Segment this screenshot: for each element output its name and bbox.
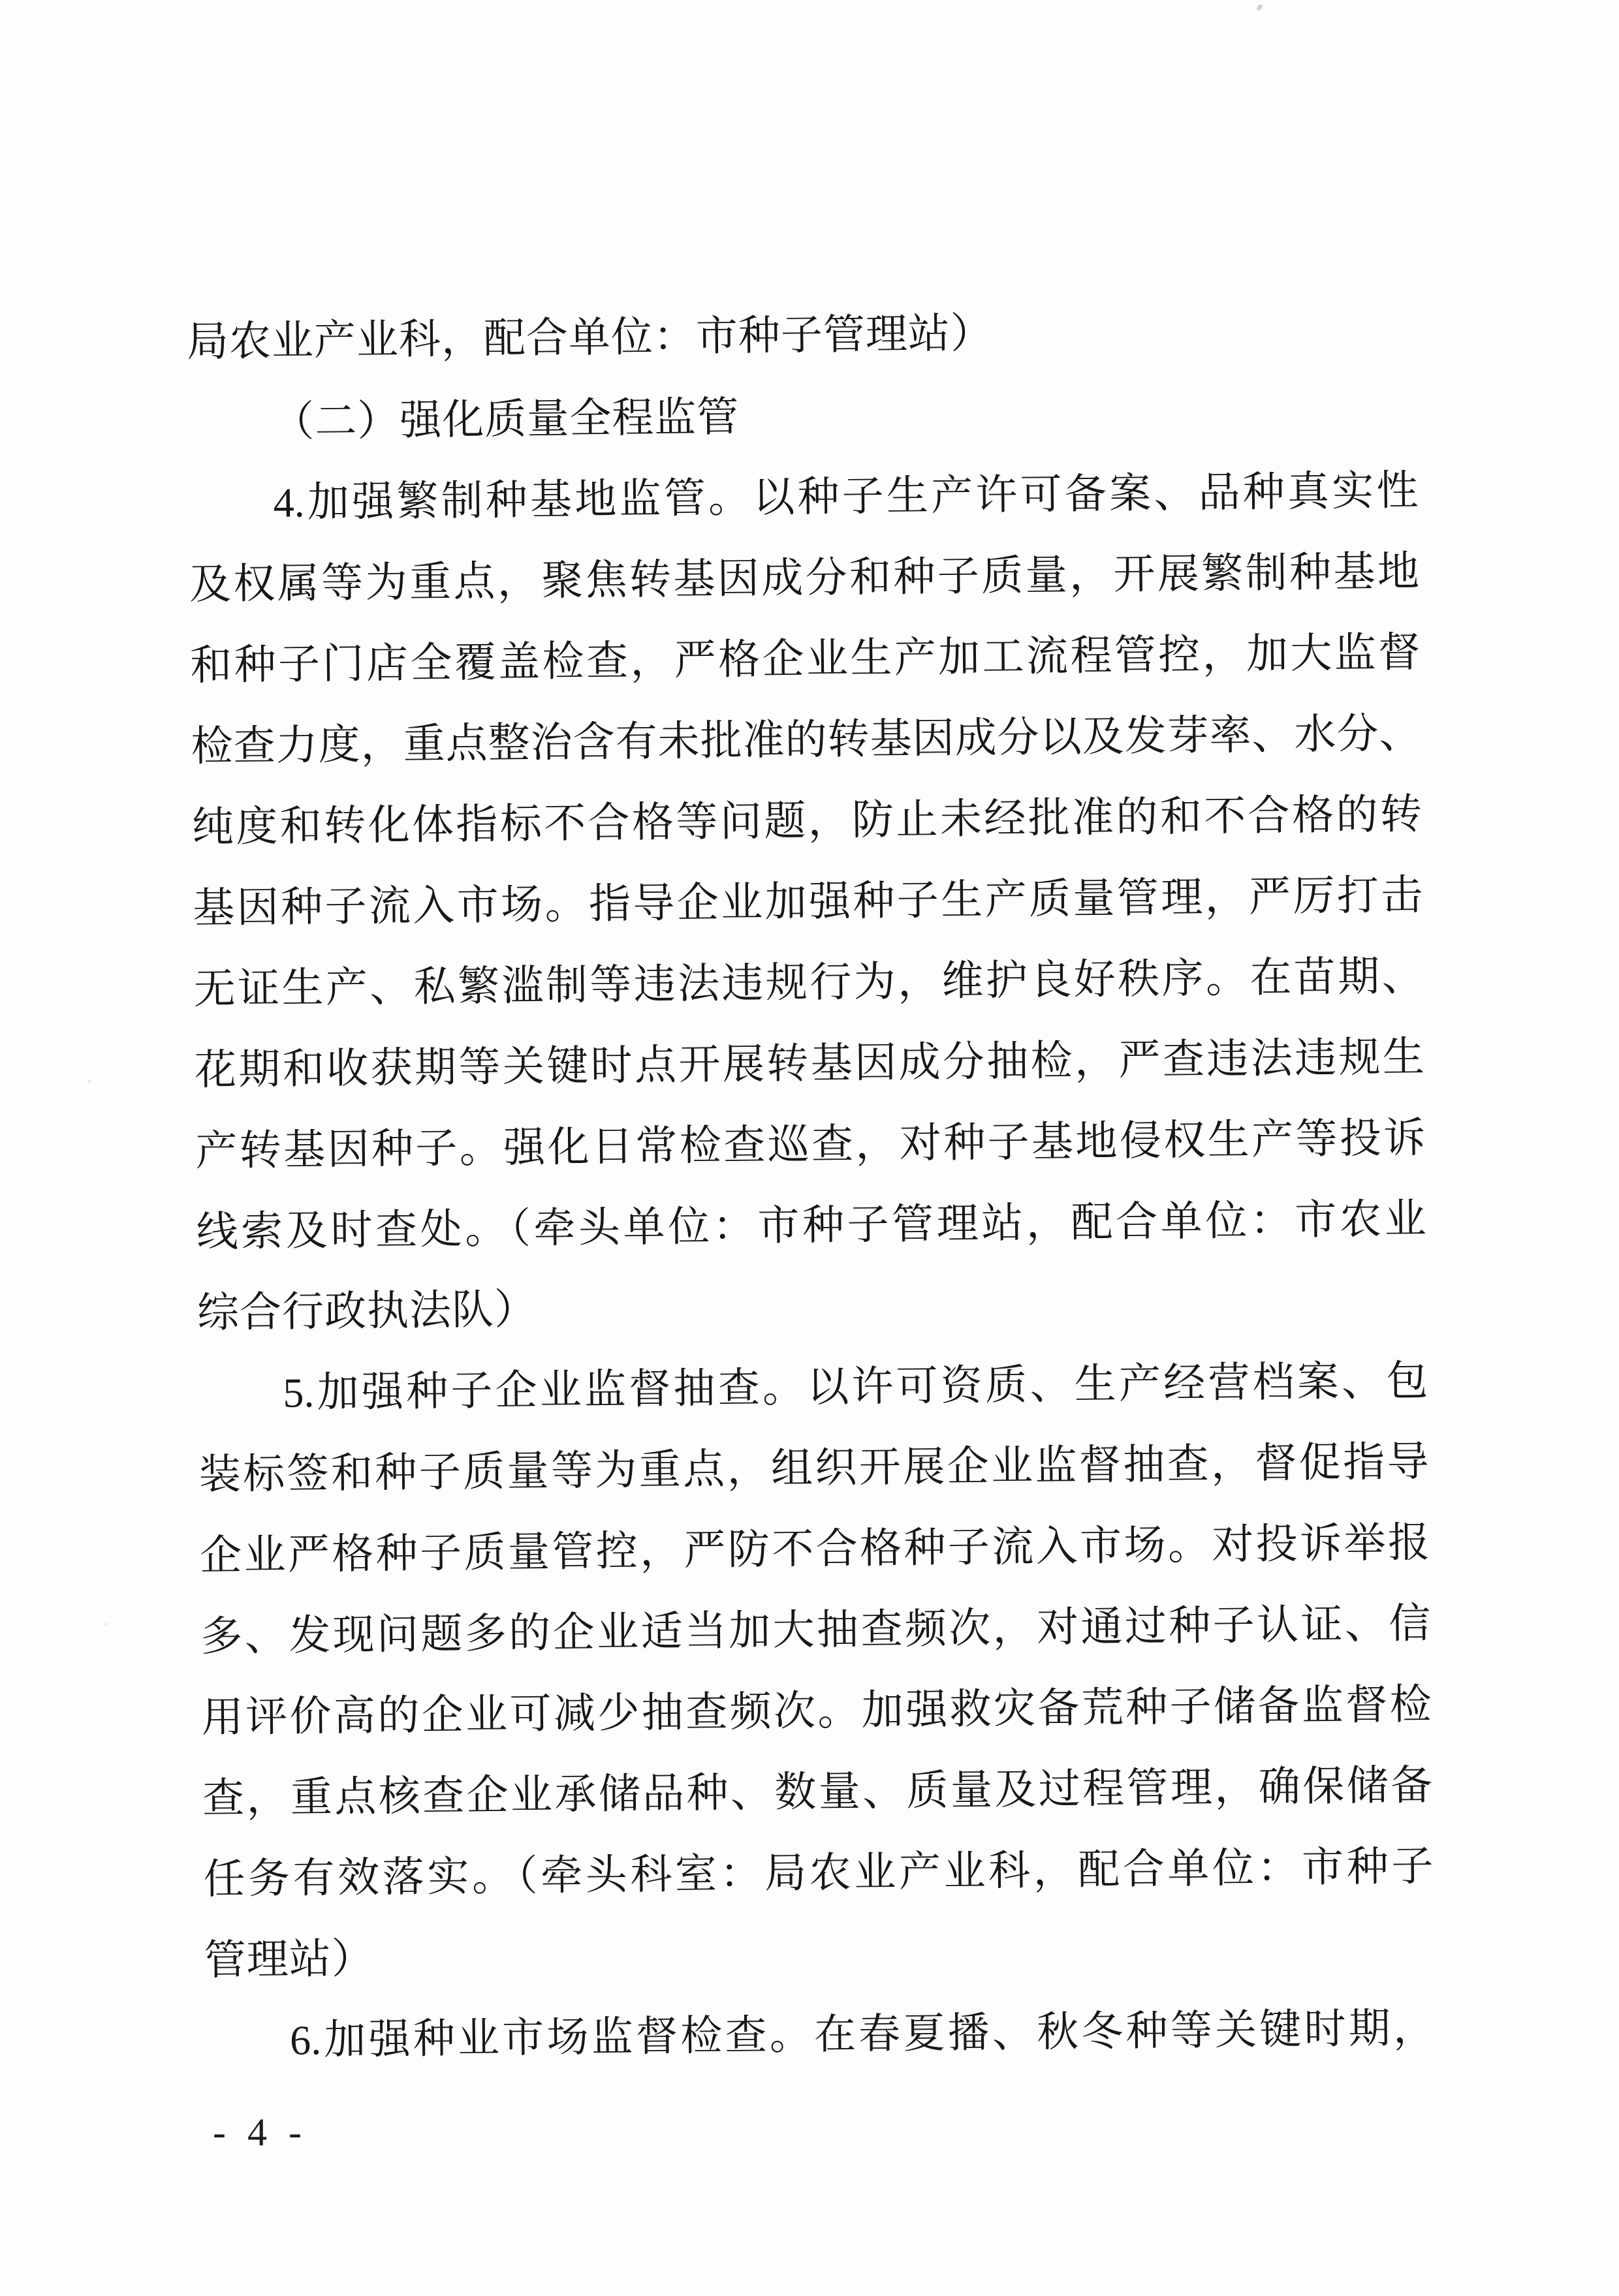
text-line: 产转基因种子。强化日常检查巡查，对种子基地侵权生产等投诉	[195, 1098, 1426, 1192]
document-page: 局农业产业科，配合单位：市种子管理站） （二）强化质量全程监管 4.加强繁制种基…	[0, 0, 1619, 2296]
body-text: 局农业产业科，配合单位：市种子管理站） （二）强化质量全程监管 4.加强繁制种基…	[186, 288, 1435, 2082]
text-line: 5.加强种子企业监督抽查。以许可资质、生产经营档案、包	[198, 1341, 1428, 1435]
text-line: 基因种子流入市场。指导企业加强种子生产质量管理，严厉打击	[193, 855, 1423, 949]
section-heading: （二）强化质量全程监管	[187, 369, 1418, 463]
text-line: 多、发现问题多的企业适当加大抽查频次，对通过种子认证、信	[200, 1583, 1431, 1677]
text-line: 纯度和转化体指标不合格等问题，防止未经批准的和不合格的转	[191, 774, 1422, 868]
text-line: 无证生产、私繁滥制等违法违规行为，维护良好秩序。在苗期、	[193, 936, 1424, 1030]
text-line: 6.加强种业市场监督检查。在春夏播、秋冬种等关键时期，	[204, 1988, 1435, 2082]
scan-speck	[104, 1622, 108, 1626]
scan-speck	[87, 1079, 91, 1083]
text-line: 花期和收获期等关键时点开展转基因成分抽检，严查违法违规生	[194, 1017, 1424, 1111]
text-line: 4.加强繁制种基地监管。以种子生产许可备案、品种真实性	[188, 450, 1419, 544]
text-line: 管理站）	[204, 1907, 1434, 2001]
scan-speck	[1255, 3, 1263, 12]
text-line: 综合行政执法队）	[196, 1260, 1427, 1354]
text-line: 装标签和种子质量等为重点，组织开展企业监督抽查，督促指导	[198, 1421, 1429, 1515]
text-line: 线索及时查处。（牵头单位：市种子管理站，配合单位：市农业	[196, 1179, 1426, 1273]
text-line: 及权属等为重点，聚焦转基因成分和种子质量，开展繁制种基地	[189, 531, 1419, 625]
text-line: 和种子门店全覆盖检查，严格企业生产加工流程管控，加大监督	[190, 612, 1421, 706]
page-number: - 4 -	[213, 2109, 307, 2155]
text-line: 任务有效落实。（牵头科室：局农业产业科，配合单位：市种子	[203, 1826, 1434, 1920]
text-line: 用评价高的企业可减少抽查频次。加强救灾备荒种子储备监督检	[201, 1664, 1432, 1758]
text-line: 局农业产业科，配合单位：市种子管理站）	[186, 288, 1417, 382]
text-line: 查，重点核查企业承储品种、数量、质量及过程管理，确保储备	[202, 1745, 1432, 1839]
text-line: 企业严格种子质量管控，严防不合格种子流入市场。对投诉举报	[199, 1502, 1430, 1596]
text-line: 检查力度，重点整治含有未批准的转基因成分以及发芽率、水分、	[191, 693, 1421, 787]
